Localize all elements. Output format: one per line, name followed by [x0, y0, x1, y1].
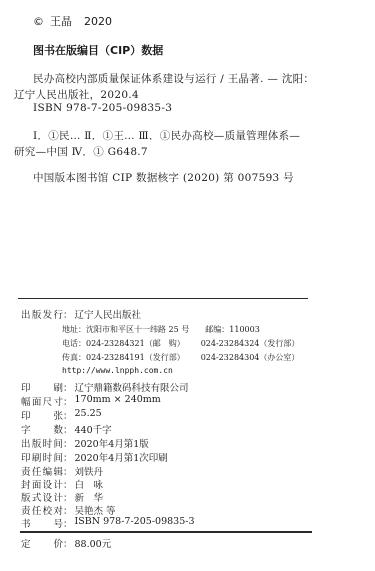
- cip-heading: 图书在版编目（CIP）数据: [33, 42, 163, 58]
- publisher-row: 出版发行：辽宁人民出版社: [21, 307, 141, 321]
- publisher-postcode: 邮编：110003: [205, 325, 260, 334]
- price-row: 定 价：88.00元: [21, 536, 111, 550]
- detail-row-publish-date: 出版时间：2020年4月第1版: [21, 436, 149, 450]
- detail-row-sheets: 印 张：25.25: [21, 408, 102, 422]
- cip-record-line: 中国版本图书馆 CIP 数据核字 (2020) 第 007593 号: [33, 170, 294, 185]
- cip-title-line-2: 辽宁人民出版社，2020.4: [14, 87, 139, 102]
- detail-row-wordcount: 字 数：440千字: [21, 422, 112, 436]
- cip-title-line-1: 民办高校内部质量保证体系建设与运行 / 王晶著. — 沈阳：: [33, 71, 314, 86]
- publisher-phone-1: 电话：024-23284321（邮 购）: [62, 339, 185, 348]
- copyright-year: 2020: [84, 15, 112, 28]
- publisher-fax-1: 传真：024-23284191（发行部）: [62, 353, 185, 362]
- detail-row-cover-design: 封面设计：白 咏: [21, 477, 103, 491]
- detail-row-format: 幅面尺寸：170mm × 240mm: [21, 394, 161, 408]
- publisher-fax-2: 024-23284304（办公室）: [201, 353, 300, 362]
- publisher-label: 出版发行: [21, 307, 63, 321]
- copyright-holder: 王晶: [50, 15, 72, 28]
- publisher-fax-row: 传真：024-23284191（发行部）024-23284304（办公室）: [62, 352, 299, 363]
- publisher-website[interactable]: http://www.lnpph.com.cn: [62, 366, 173, 375]
- detail-row-layout-design: 版式设计：新 华: [21, 490, 103, 504]
- detail-row-print-date: 印刷时间：2020年4月第1次印刷: [21, 450, 168, 464]
- cip-subject-line-2: 研究—中国 Ⅳ．① G648.7: [14, 144, 148, 159]
- cip-isbn-line: ISBN 978-7-205-09835-3: [33, 102, 172, 114]
- copyright-line: ©王晶2020: [33, 13, 112, 29]
- publisher-address-row: 地址：沈阳市和平区十一纬路 25 号邮编：110003: [62, 324, 260, 335]
- publisher-address: 地址：沈阳市和平区十一纬路 25 号: [62, 325, 189, 334]
- publisher-phone-row: 电话：024-23284321（邮 购）024-23284324（发行部）: [62, 338, 299, 349]
- bottom-divider: [20, 531, 312, 533]
- detail-row-proofreader: 责任校对：吴艳杰 等: [21, 503, 116, 517]
- top-divider: [18, 298, 308, 299]
- publisher-phone-2: 024-23284324（发行部）: [201, 339, 300, 348]
- detail-row-editor: 责任编辑：刘铁丹: [21, 464, 103, 478]
- price-label: 定 价: [21, 536, 63, 550]
- copyright-symbol: ©: [33, 15, 44, 28]
- detail-row-isbn: 书 号：ISBN 978-7-205-09835-3: [21, 516, 195, 530]
- price-value: 88.00元: [75, 536, 112, 550]
- cip-subject-line-1: Ⅰ．①民… Ⅱ．①王… Ⅲ．①民办高校—质量管理体系—: [33, 128, 300, 143]
- publisher-value: 辽宁人民出版社: [75, 307, 142, 321]
- detail-row-printer: 印 刷：辽宁鼎籍数码科技有限公司: [21, 380, 189, 394]
